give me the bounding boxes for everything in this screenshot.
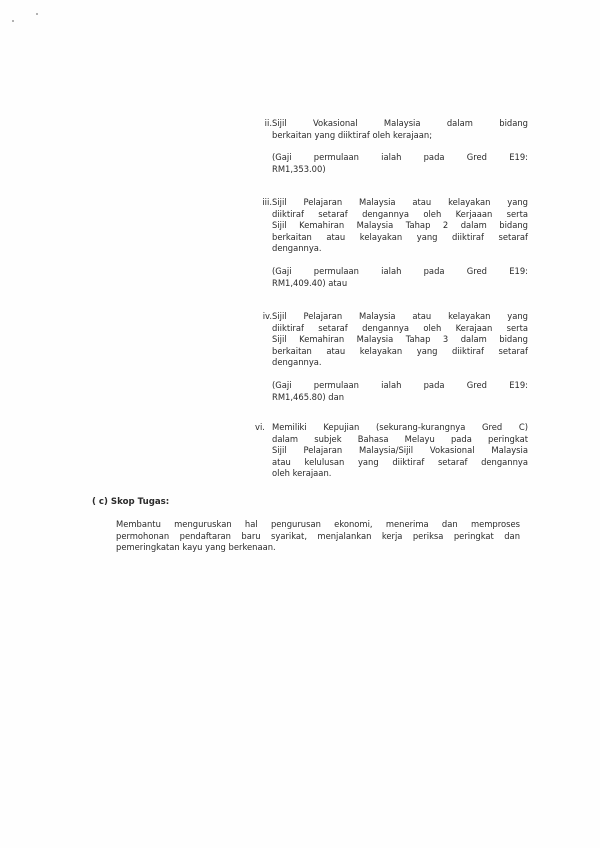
item-text-line: Sijil Kemahiran Malaysia Tahap 2 dalam b… (272, 220, 528, 232)
salary-text-line: RM1,353.00) (272, 164, 528, 176)
item-text-line: berkaitan yang diiktiraf oleh kerajaan; (272, 130, 528, 142)
item-text-line: Sijil Pelajaran Malaysia atau kelayakan … (272, 197, 528, 209)
salary-text-line: (Gaji permulaan ialah pada Gred E19: (272, 380, 528, 392)
section-text-line: pemeringkatan kayu yang berkenaan. (116, 542, 520, 554)
scan-speck (36, 13, 38, 15)
list-marker: iv. (252, 311, 272, 323)
salary-text-line: RM1,409.40) atau (272, 278, 528, 290)
item-text-line: Sijil Kemahiran Malaysia Tahap 3 dalam b… (272, 334, 528, 346)
item-text-line: Sijil Pelajaran Malaysia/Sijil Vokasiona… (272, 445, 528, 457)
item-text-line: Sijil Pelajaran Malaysia atau kelayakan … (272, 311, 528, 323)
salary-text-line: (Gaji permulaan ialah pada Gred E19: (272, 152, 528, 164)
item-text-line: Sijil Vokasional Malaysia dalam bidang (272, 118, 528, 130)
item-text-line: dalam subjek Bahasa Melayu pada peringka… (272, 434, 528, 446)
item-text-line: dengannya. (272, 357, 528, 369)
document-page: ii. Sijil Vokasional Malaysia dalam bida… (0, 0, 600, 848)
item-text-line: oleh kerajaan. (272, 468, 528, 480)
item-text-line: diiktiraf setaraf dengannya oleh Kerjaaa… (272, 209, 528, 221)
scan-speck (12, 20, 14, 22)
qualification-item-iv: iv. Sijil Pelajaran Malaysia atau kelaya… (252, 311, 530, 403)
item-text-line: atau kelulusan yang diiktiraf setaraf de… (272, 457, 528, 469)
salary-text-line: RM1,465.80) dan (272, 392, 528, 404)
item-text-line: berkaitan atau kelayakan yang diiktiraf … (272, 346, 528, 358)
list-marker: ii. (252, 118, 272, 130)
item-text-line: Memiliki Kepujian (sekurang-kurangnya Gr… (272, 422, 528, 434)
section-text-line: Membantu menguruskan hal pengurusan ekon… (116, 519, 520, 531)
item-text-line: diiktiraf setaraf dengannya oleh Kerajaa… (272, 323, 528, 335)
qualification-item-iii: iii. Sijil Pelajaran Malaysia atau kelay… (252, 197, 530, 289)
list-marker: vi. (255, 422, 275, 434)
section-heading-skop-tugas: ( c) Skop Tugas: (92, 497, 169, 509)
section-body-skop-tugas: Membantu menguruskan hal pengurusan ekon… (116, 519, 520, 554)
list-marker: iii. (252, 197, 272, 209)
item-text-line: berkaitan atau kelayakan yang diiktiraf … (272, 232, 528, 244)
salary-text-line: (Gaji permulaan ialah pada Gred E19: (272, 266, 528, 278)
section-text-line: permohonan pendaftaran baru syarikat, me… (116, 531, 520, 543)
qualification-item-vi: vi. Memiliki Kepujian (sekurang-kurangny… (252, 422, 530, 480)
qualification-item-ii: ii. Sijil Vokasional Malaysia dalam bida… (252, 118, 530, 175)
item-text-line: dengannya. (272, 243, 528, 255)
